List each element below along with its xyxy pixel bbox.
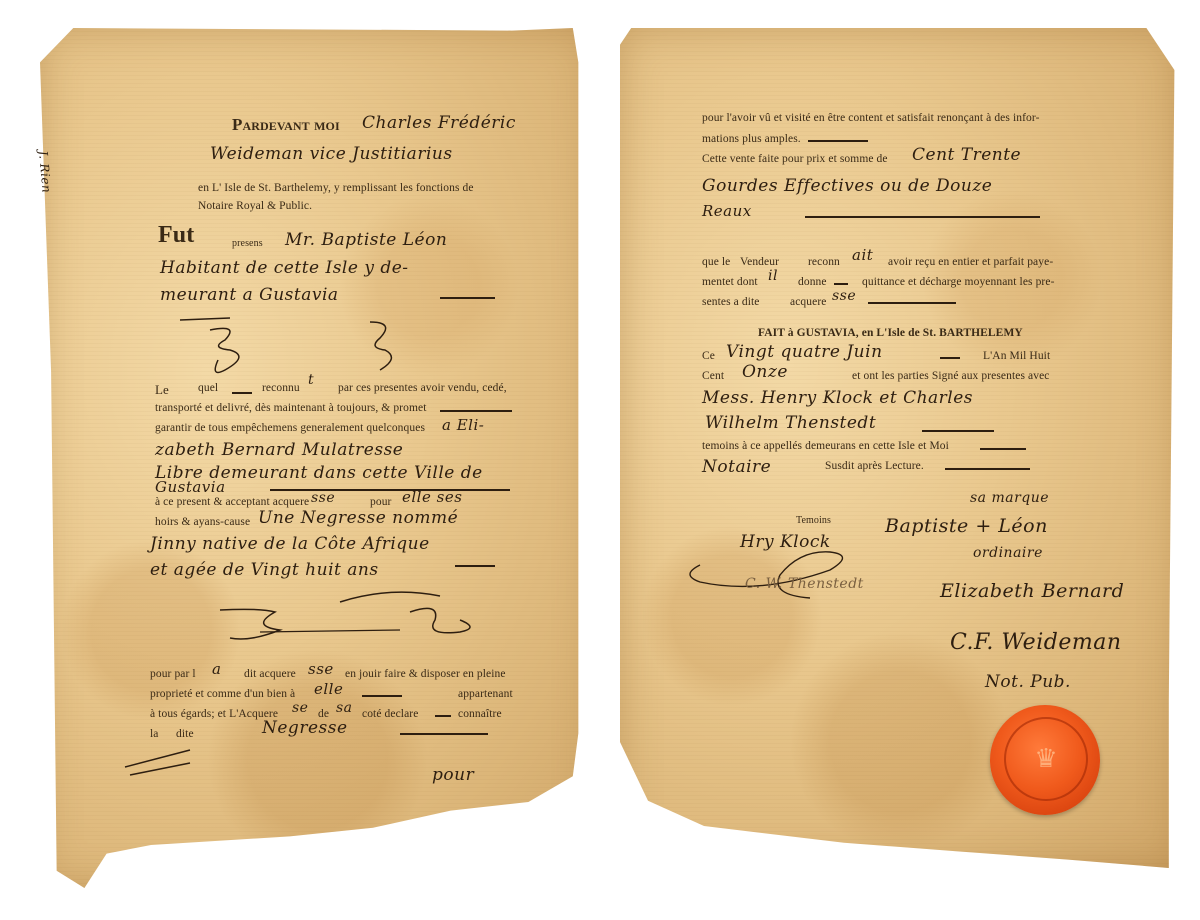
ink-rule xyxy=(940,357,960,359)
printed-clause3-1b: dit acquere xyxy=(244,668,296,680)
seal-emblem-icon: ♛ xyxy=(1004,717,1088,801)
flourish-icon xyxy=(170,310,410,385)
printed-an: L'An Mil Huit xyxy=(983,350,1050,362)
ink-rule xyxy=(980,448,1026,450)
flourish-icon xyxy=(120,745,200,780)
witness-names: Mess. Henry Klock et Charles xyxy=(702,388,973,408)
printed-reconnu: reconnu xyxy=(262,382,300,394)
printed-clause3-3a: à tous égards; et L'Acquere xyxy=(150,708,278,720)
ink-rule xyxy=(945,468,1030,470)
printed-reconn: reconn xyxy=(808,256,840,268)
notary-name: Charles Frédéric xyxy=(362,113,516,133)
printed-signe: et ont les parties Signé aux presentes a… xyxy=(852,370,1050,382)
handwritten-sse: sse xyxy=(311,490,335,506)
printed-opening: Pardevant moi xyxy=(232,115,340,135)
notary-title: Not. Pub. xyxy=(985,672,1071,692)
printed-clause3-3c: coté declare xyxy=(362,708,418,720)
printed-vendeur: Vendeur xyxy=(740,256,779,268)
party-line2: Habitant de cette Isle y de- xyxy=(160,258,409,278)
party-name: Mr. Baptiste Léon xyxy=(285,230,447,250)
printed-clause1-line2: transporté et delivré, dès maintenant à … xyxy=(155,402,427,414)
printed-pour: pour xyxy=(370,496,391,508)
printed-header-line2: Notaire Royal & Public. xyxy=(198,200,312,212)
printed-clause3-4a: la xyxy=(150,728,159,740)
printed-clause3-2b: appartenant xyxy=(458,688,513,700)
ink-rule xyxy=(232,392,252,394)
witness-names-line2: Wilhelm Thenstedt xyxy=(705,413,876,433)
printed-clause3-3d: connaître xyxy=(458,708,502,720)
printed-ce: Ce xyxy=(702,350,715,362)
printed-suddit: Susdit après Lecture. xyxy=(825,460,924,472)
printed-clause2-line1: à ce present & acceptant acquere xyxy=(155,496,309,508)
handwritten-a-eli: a Eli- xyxy=(442,416,484,434)
ink-rule xyxy=(270,489,510,491)
handwritten-ait: ait xyxy=(852,246,873,264)
witness2-signature: C. W. Thenstedt xyxy=(745,576,864,592)
notary-signature: C.F. Weideman xyxy=(950,630,1122,655)
printed-clause1-rest: par ces presentes avoir vendu, cedé, xyxy=(338,382,507,394)
printed-fut: Fut xyxy=(158,222,194,249)
enslaved-person-description: Une Negresse nommé xyxy=(258,508,458,528)
printed-header-line1: en L' Isle de St. Barthelemy, y rempliss… xyxy=(198,182,474,194)
ink-rule xyxy=(362,695,402,697)
printed-clause5-2c: quittance et décharge moyennant les pre- xyxy=(862,276,1055,288)
handwritten-il: il xyxy=(768,268,778,284)
handwritten-elle-ses: elle ses xyxy=(402,488,462,506)
date-year: Onze xyxy=(742,362,788,382)
ink-rule xyxy=(808,140,868,142)
seller-mark: Baptiste + Léon xyxy=(885,515,1048,537)
party-line3: meurant a Gustavia xyxy=(160,285,339,305)
ink-rule xyxy=(868,302,956,304)
printed-clause4-line3: Cette vente faite pour prix et somme de xyxy=(702,153,888,165)
printed-clause1-line3: garantir de tous empêchemens generalemen… xyxy=(155,422,425,434)
handwritten-sse-2: sse xyxy=(308,660,334,678)
printed-clause2-line2: hoirs & ayans-cause xyxy=(155,516,250,528)
ink-rule xyxy=(834,283,848,285)
printed-clause3-1c: en jouir faire & disposer en pleine xyxy=(345,668,506,680)
catchword-pour: pour xyxy=(432,765,474,785)
description-line4: et agée de Vingt huit ans xyxy=(150,560,379,580)
printed-clause4-line1: pour l'avoir vû et visité en être conten… xyxy=(702,112,1040,124)
handwritten-t: t xyxy=(308,372,314,388)
printed-presens: presens xyxy=(232,238,263,249)
flourish-icon xyxy=(200,580,520,655)
description-line3: Jinny native de la Côte Afrique xyxy=(150,534,430,554)
printed-clause5-3b: acquere xyxy=(790,296,826,308)
printed-clause3-1a: pour par l xyxy=(150,668,196,680)
buyer-signature: Elizabeth Bernard xyxy=(940,580,1124,602)
ink-rule xyxy=(440,410,512,412)
printed-fait: FAIT à GUSTAVIA, en L'Isle de St. BARTHE… xyxy=(758,327,1023,339)
buyer-line6: Gustavia xyxy=(155,478,226,496)
date-day-month: Vingt quatre Juin xyxy=(726,342,883,362)
printed-temoins: temoins à ce appellés demeurans en cette… xyxy=(702,440,949,452)
buyer-name: zabeth Bernard Mulatresse xyxy=(155,440,403,460)
ink-rule xyxy=(805,216,1040,218)
handwritten-notaire: Notaire xyxy=(702,457,771,477)
handwritten-elle: elle xyxy=(314,680,343,698)
handwritten-negresse: Negresse xyxy=(262,718,348,738)
printed-cent: Cent xyxy=(702,370,724,382)
printed-clause5-3a: sentes a dite xyxy=(702,296,760,308)
ink-rule xyxy=(440,297,495,299)
handwritten-se: se xyxy=(292,700,308,716)
ink-rule xyxy=(922,430,994,432)
handwritten-a: a xyxy=(212,660,221,678)
printed-clause4-line2: mations plus amples. xyxy=(702,133,801,145)
handwritten-sse-3: sse xyxy=(832,288,856,304)
handwritten-sa: sa xyxy=(336,700,353,716)
printed-clause3-2a: proprieté et comme d'un bien à xyxy=(150,688,295,700)
printed-clause3-4b: dite xyxy=(176,728,194,740)
price-amount: Cent Trente xyxy=(912,145,1021,165)
wax-seal: ♛ xyxy=(990,705,1100,815)
temoins-label: Temoins xyxy=(796,515,831,526)
ink-rule xyxy=(455,565,495,567)
printed-clause5-2b: donne xyxy=(798,276,827,288)
price-line2: Gourdes Effectives ou de Douze xyxy=(702,176,992,196)
printed-quel: quel xyxy=(198,382,218,394)
printed-clause5-1a: que le xyxy=(702,256,730,268)
printed-clause5-1b: avoir reçu en entier et parfait paye- xyxy=(888,256,1053,268)
sa-marque: sa marque xyxy=(970,490,1049,506)
ink-rule xyxy=(435,715,451,717)
ink-rule xyxy=(400,733,488,735)
price-line3: Reaux xyxy=(702,202,752,220)
printed-clause5-2a: mentet dont xyxy=(702,276,758,288)
notary-name-line2: Weideman vice Justitiarius xyxy=(210,144,453,164)
ordinaire: ordinaire xyxy=(973,545,1043,561)
printed-le: Le xyxy=(155,382,169,398)
